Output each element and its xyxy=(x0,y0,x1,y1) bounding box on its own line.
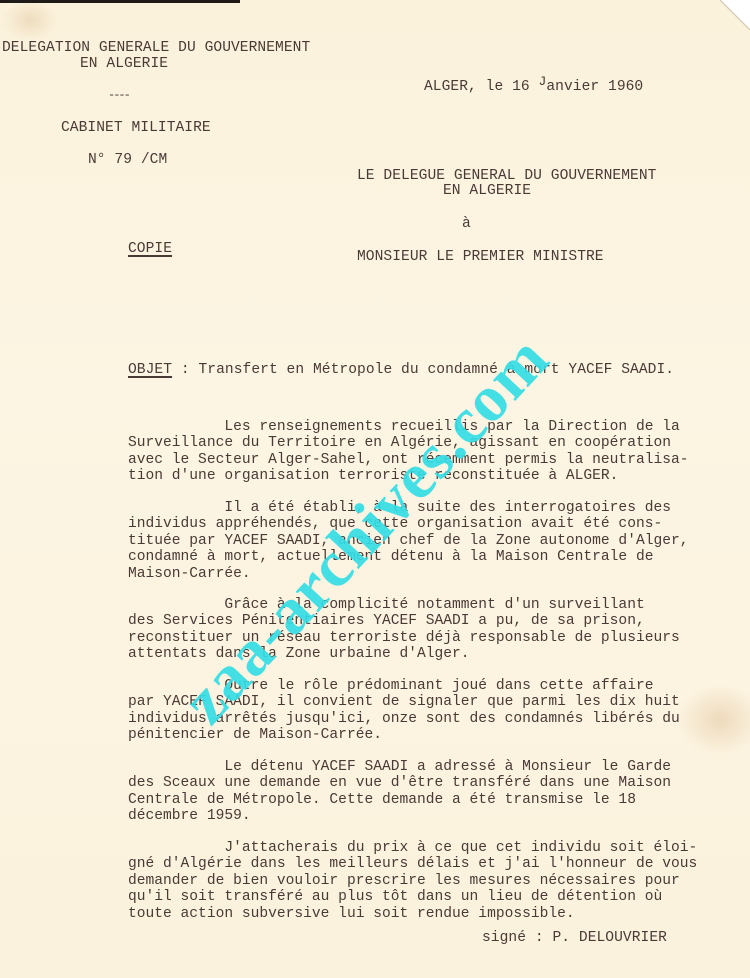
text-line: gné d'Algérie dans les meilleurs délais … xyxy=(128,856,697,872)
text-line: demander de bien vouloir prescrire les m… xyxy=(128,873,697,889)
text-line: avec le Secteur Alger-Sahel, ont récemme… xyxy=(128,452,689,468)
text-line: décembre 1959. xyxy=(128,808,671,824)
text-line: Surveillance du Territoire en Algérie, a… xyxy=(128,435,689,451)
date-line: ALGER, le 16 Janvier 1960 xyxy=(424,79,643,95)
paragraph-2: Il a été établi, à la suite des interrog… xyxy=(128,500,689,582)
text-line: Il a été établi, à la suite des interrog… xyxy=(128,500,689,516)
text-line: attentats dans la Zone urbaine d'Alger. xyxy=(128,646,680,662)
text-line: des Services Pénitentiaires YACEF SAADI … xyxy=(128,613,680,629)
subject-line: OBJET : Transfert en Métropole du condam… xyxy=(128,362,674,378)
org-name-line2: EN ALGERIE xyxy=(80,56,168,72)
date-month-initial: J xyxy=(539,74,547,89)
text-line: qu'il soit transféré au plus tôt dans un… xyxy=(128,889,697,905)
date-prefix: ALGER, le 16 xyxy=(424,79,539,95)
paragraph-5: Le détenu YACEF SAADI a adressé à Monsie… xyxy=(128,759,671,825)
paragraph-6: J'attacherais du prix à ce que cet indiv… xyxy=(128,840,697,922)
scan-edge xyxy=(0,0,240,3)
text-line: pénitencier de Maison-Carrée. xyxy=(128,727,680,743)
subject-separator: : xyxy=(172,362,198,378)
subject-label: OBJET xyxy=(128,362,172,378)
to-word: à xyxy=(462,216,471,232)
text-line: reconstituer un réseau terroriste déjà r… xyxy=(128,630,680,646)
copy-label: COPIE xyxy=(128,241,172,257)
text-line: tituée par YACEF SAADI, ancien chef de l… xyxy=(128,533,689,549)
text-line: J'attacherais du prix à ce que cet indiv… xyxy=(128,840,697,856)
paragraph-3: Grâce à la complicité notamment d'un sur… xyxy=(128,597,680,663)
text-line: Le détenu YACEF SAADI a adressé à Monsie… xyxy=(128,759,671,775)
letterhead-separator: ---- xyxy=(108,87,129,103)
text-line: condamné à mort, actuellement détenu à l… xyxy=(128,549,689,565)
cabinet-label: CABINET MILITAIRE xyxy=(61,120,211,136)
subject-text: Transfert en Métropole du condamné à mor… xyxy=(198,362,674,378)
text-line: individus appréhendés, que cette organis… xyxy=(128,516,689,532)
text-line: Les renseignements recueillis par la Dir… xyxy=(128,419,689,435)
text-line: Centrale de Métropole. Cette demande a é… xyxy=(128,792,671,808)
text-line: par YACEF SAADI, il convient de signaler… xyxy=(128,694,680,710)
text-line: Grâce à la complicité notamment d'un sur… xyxy=(128,597,680,613)
text-line: Maison-Carrée. xyxy=(128,566,689,582)
document-page: DELEGATION GENERALE DU GOUVERNEMENT EN A… xyxy=(0,0,750,978)
sender-line1: LE DELEGUE GENERAL DU GOUVERNEMENT xyxy=(357,168,656,184)
text-line: Outre le rôle prédominant joué dans cett… xyxy=(128,678,680,694)
signature: signé : P. DELOUVRIER xyxy=(482,930,667,946)
sender-line2: EN ALGERIE xyxy=(443,183,531,199)
org-name-line1: DELEGATION GENERALE DU GOUVERNEMENT xyxy=(2,40,310,56)
text-line: tion d'une organisation terroriste recon… xyxy=(128,468,689,484)
recipient: MONSIEUR LE PREMIER MINISTRE xyxy=(357,249,604,265)
reference-number: N° 79 /CM xyxy=(88,152,167,168)
paragraph-4: Outre le rôle prédominant joué dans cett… xyxy=(128,678,680,744)
date-month-rest: anvier 1960 xyxy=(546,79,643,95)
folded-corner xyxy=(720,0,750,30)
text-line: individus arrêtés jusqu'ici, onze sont d… xyxy=(128,711,680,727)
paragraph-1: Les renseignements recueillis par la Dir… xyxy=(128,419,689,485)
text-line: des Sceaux une demande en vue d'être tra… xyxy=(128,775,671,791)
text-line: toute action subversive lui soit rendue … xyxy=(128,906,697,922)
